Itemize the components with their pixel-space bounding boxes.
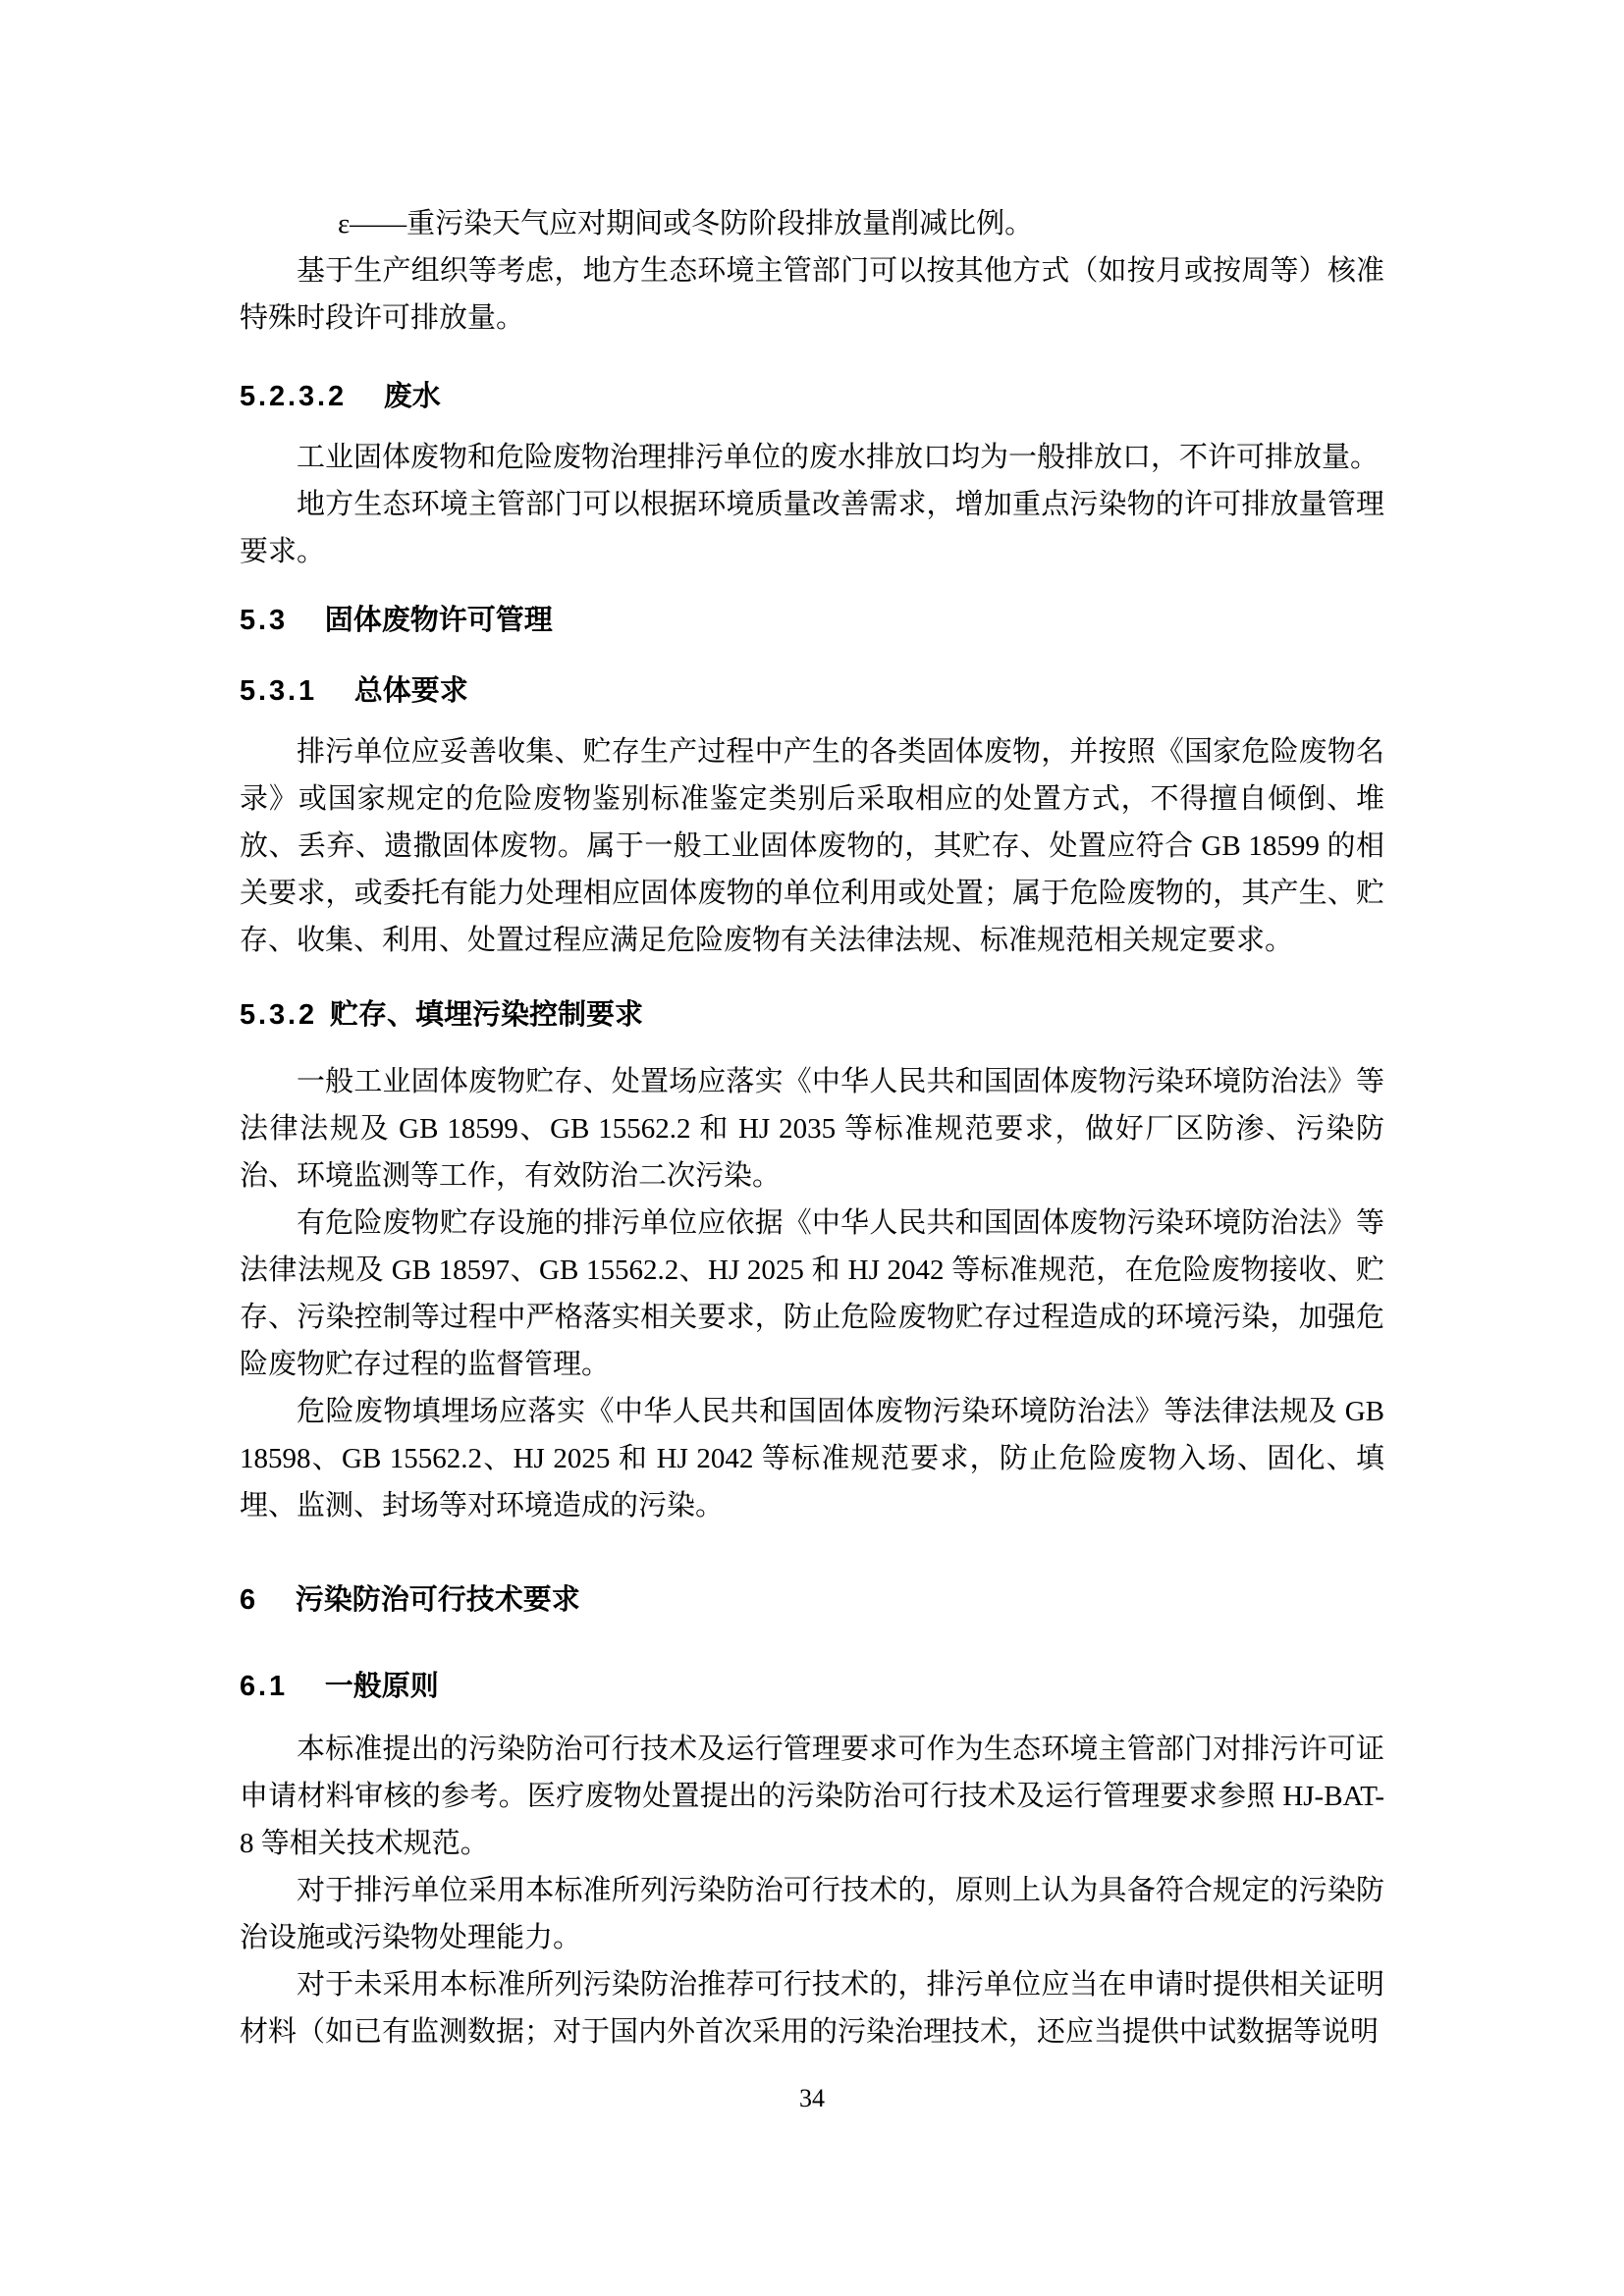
heading-general-requirements: 5.3.1总体要求 (240, 667, 1384, 715)
paragraph-wastewater-management: 地方生态环境主管部门可以根据环境质量改善需求，增加重点污染物的许可排放量管理要求… (240, 481, 1384, 575)
paragraph-hazardous-waste-landfill: 危险废物填埋场应落实《中华人民共和国固体废物污染环境防治法》等法律法规及 GB … (240, 1388, 1384, 1529)
formula-variable-note: ε——重污染天气应对期间或冬防阶段排放量削减比例。 (338, 200, 1384, 247)
heading-number: 5.3 (240, 605, 288, 636)
heading-title: 贮存、填埋污染控制要求 (330, 999, 643, 1031)
heading-title: 总体要求 (354, 675, 468, 707)
heading-number: 5.2.3.2 (240, 381, 347, 412)
heading-number: 5.3.2 (240, 999, 317, 1031)
heading-wastewater: 5.2.3.2废水 (240, 373, 1384, 420)
paragraph-general-solid-waste-storage: 一般工业固体废物贮存、处置场应落实《中华人民共和国固体废物污染环境防治法》等法律… (240, 1058, 1384, 1200)
paragraph-special-period: 基于生产组织等考虑，地方生态环境主管部门可以按其他方式（如按月或按周等）核准特殊… (240, 247, 1384, 342)
paragraph-hazardous-waste-storage: 有危险废物贮存设施的排污单位应依据《中华人民共和国固体废物污染环境防治法》等法律… (240, 1200, 1384, 1388)
heading-storage-landfill-control: 5.3.2贮存、填埋污染控制要求 (240, 991, 1384, 1039)
heading-solid-waste-permit: 5.3固体废物许可管理 (240, 597, 1384, 644)
heading-title: 废水 (384, 381, 441, 412)
heading-general-principles: 6.1一般原则 (240, 1663, 1384, 1710)
heading-number: 5.3.1 (240, 675, 317, 707)
heading-title: 一般原则 (325, 1671, 439, 1702)
heading-title: 固体废物许可管理 (325, 605, 553, 636)
page-number: 34 (240, 2075, 1384, 2122)
document-page: ε——重污染天气应对期间或冬防阶段排放量削减比例。 基于生产组织等考虑，地方生态… (0, 0, 1624, 2296)
paragraph-wastewater-outlets: 工业固体废物和危险废物治理排污单位的废水排放口均为一般排放口，不许可排放量。 (240, 434, 1384, 481)
heading-number: 6 (240, 1584, 258, 1616)
paragraph-principles-reference: 本标准提出的污染防治可行技术及运行管理要求可作为生态环境主管部门对排污许可证申请… (240, 1726, 1384, 1867)
paragraph-principles-unlisted-tech: 对于未采用本标准所列污染防治推荐可行技术的，排污单位应当在申请时提供相关证明材料… (240, 1961, 1384, 2056)
heading-title: 污染防治可行技术要求 (296, 1584, 580, 1616)
paragraph-principles-listed-tech: 对于排污单位采用本标准所列污染防治可行技术的，原则上认为具备符合规定的污染防治设… (240, 1867, 1384, 1961)
heading-number: 6.1 (240, 1671, 288, 1702)
heading-pollution-control-technology: 6污染防治可行技术要求 (240, 1576, 1384, 1624)
paragraph-general-requirements: 排污单位应妥善收集、贮存生产过程中产生的各类固体废物，并按照《国家危险废物名录》… (240, 728, 1384, 964)
